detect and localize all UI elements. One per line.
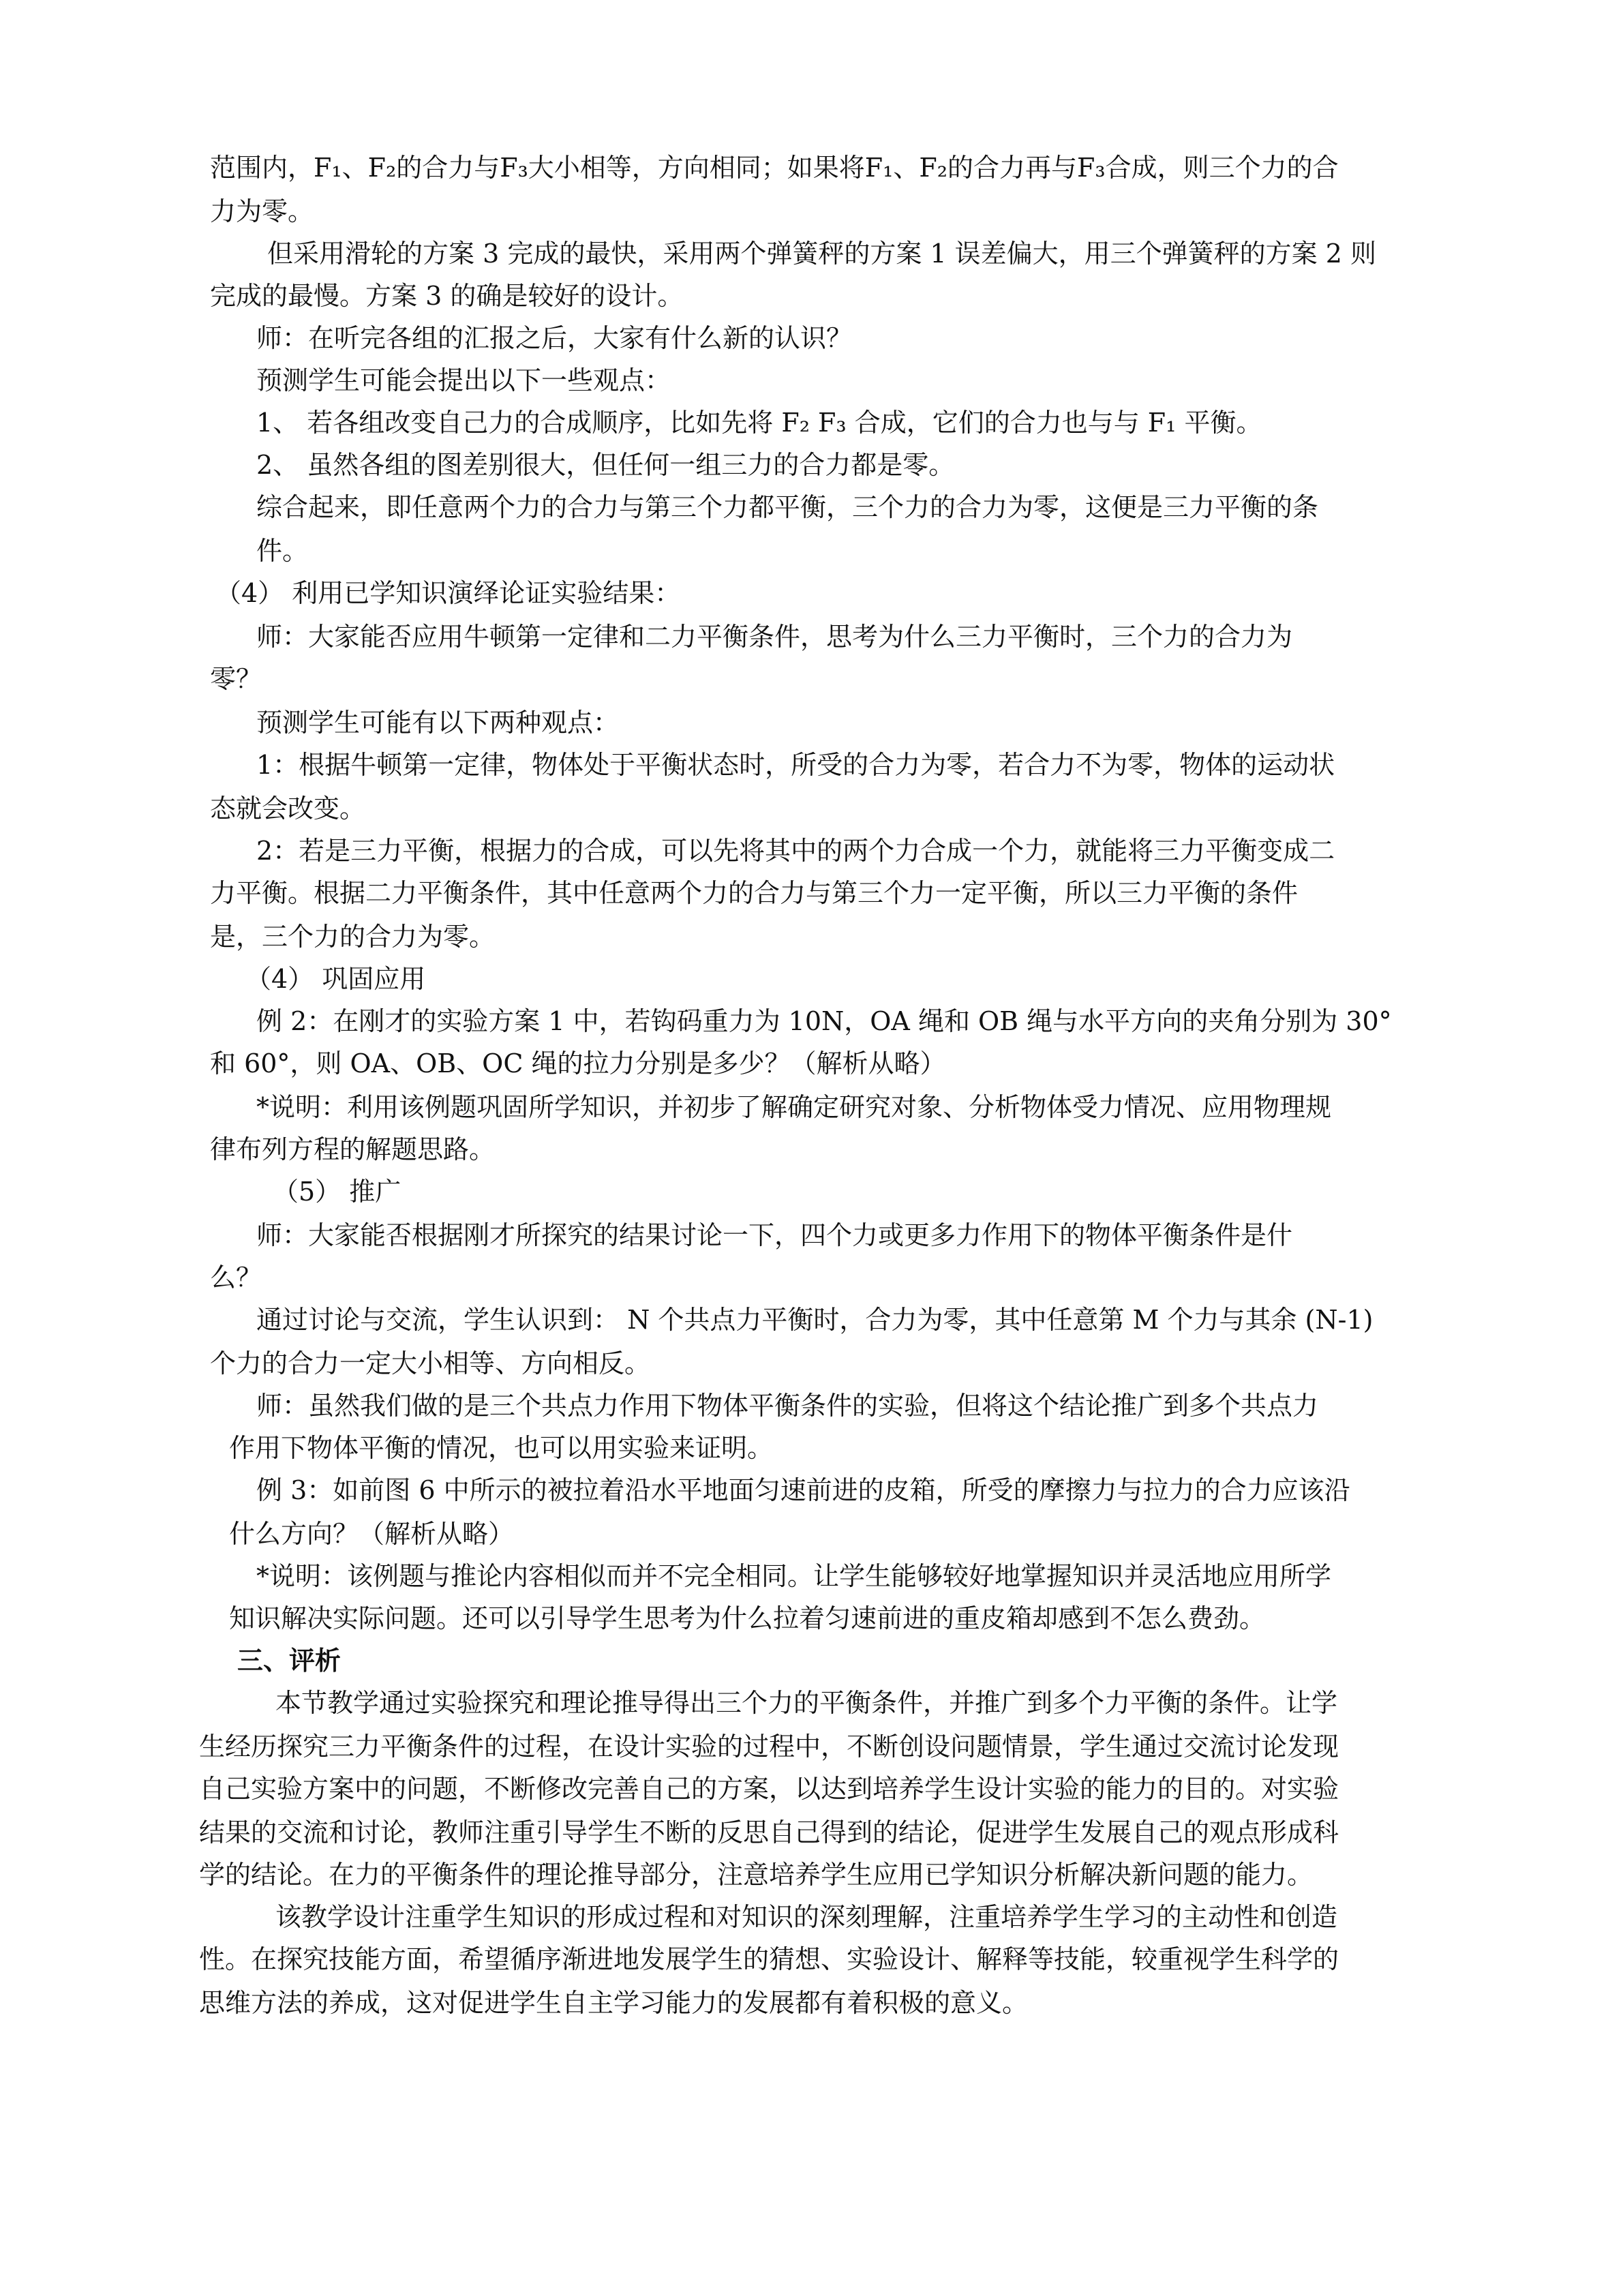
text-line: 知识解决实际问题。还可以引导学生思考为什么拉着匀速前进的重皮箱却感到不怎么费劲。 (229, 1602, 1265, 1635)
text-line: 个力的合力一定大小相等、方向相反。 (210, 1347, 650, 1380)
text-line: 师：在听完各组的汇报之后，大家有什么新的认识？ (256, 322, 852, 354)
text-line: 完成的最慢。方案 3 的确是较好的设计。 (210, 280, 683, 312)
text-line: 自己实验方案中的问题，不断修改完善自己的方案，以达到培养学生设计实验的能力的目的… (199, 1772, 1339, 1805)
text-line: 2：若是三力平衡，根据力的合成，可以先将其中的两个力合成一个力，就能将三力平衡变… (256, 834, 1335, 867)
text-line: 思维方法的养成，这对促进学生自主学习能力的发展都有着积极的意义。 (199, 1987, 1028, 2019)
text-line: 作用下物体平衡的情况，也可以用实验来证明。 (229, 1432, 773, 1464)
text-line: 零？ (210, 663, 262, 695)
text-line: 结果的交流和讨论，教师注重引导学生不断的反思自己得到的结论，促进学生发展自己的观… (199, 1816, 1339, 1849)
text-line: 么？ (210, 1261, 262, 1294)
text-line: 综合起来，即任意两个力的合力与第三个力都平衡，三个力的合力为零，这便是三力平衡的… (256, 491, 1318, 524)
text-line: 预测学生可能会提出以下一些观点： (256, 364, 671, 397)
text-line: 1：根据牛顿第一定律，物体处于平衡状态时，所受的合力为零，若合力不为零，物体的运… (256, 749, 1335, 781)
text-line: 生经历探究三力平衡条件的过程，在设计实验的过程中，不断创设问题情景，学生通过交流… (199, 1730, 1339, 1763)
text-line: 态就会改变。 (210, 792, 365, 825)
text-line: 律布列方程的解题思路。 (210, 1133, 495, 1166)
text-line: 1、 若各组改变自己力的合成顺序，比如先将 F₂ F₃ 合成，它们的合力也与与 … (256, 406, 1262, 439)
text-line: 2、 虽然各组的图差别很大，但任何一组三力的合力都是零。 (256, 449, 954, 481)
text-line: 师：大家能否根据刚才所探究的结果讨论一下，四个力或更多力作用下的物体平衡条件是什 (256, 1219, 1292, 1252)
text-line: （4） 巩固应用 (245, 963, 425, 995)
section-heading: 三、评析 (237, 1644, 341, 1677)
text-line: 例 2：在刚才的实验方案 1 中，若钩码重力为 10N，OA 绳和 OB 绳与水… (256, 1005, 1392, 1038)
text-line: 本节教学通过实验探究和理论推导得出三个力的平衡条件，并推广到多个力平衡的条件。让… (275, 1687, 1337, 1719)
text-line: 性。在探究技能方面，希望循序渐进地发展学生的猜想、实验设计、解释等技能，较重视学… (199, 1943, 1339, 1976)
text-line: 预测学生可能有以下两种观点： (256, 706, 619, 739)
text-line: 力为零。 (210, 195, 314, 228)
document-page: 范围内，F₁、F₂的合力与F₃大小相等，方向相同；如果将F₁、F₂的合力再与F₃… (0, 0, 1623, 2296)
text-line: 是，三个力的合力为零。 (210, 920, 495, 953)
text-line: （4） 利用已学知识演绎论证实验结果： (215, 577, 680, 609)
text-line: 但采用滑轮的方案 3 完成的最快，采用两个弹簧秤的方案 1 误差偏大，用三个弹簧… (267, 237, 1376, 270)
text-line: 力平衡。根据二力平衡条件，其中任意两个力的合力与第三个力一定平衡，所以三力平衡的… (210, 877, 1298, 909)
text-line: 什么方向？（解析从略） (229, 1517, 514, 1550)
text-line: *说明：该例题与推论内容相似而并不完全相同。让学生能够较好地掌握知识并灵活地应用… (256, 1560, 1331, 1592)
text-line: *说明：利用该例题巩固所学知识，并初步了解确定研究对象、分析物体受力情况、应用物… (256, 1091, 1331, 1123)
text-line: 该教学设计注重学生知识的形成过程和对知识的深刻理解，注重培养学生学习的主动性和创… (275, 1901, 1337, 1933)
text-line: 件。 (256, 534, 308, 567)
text-line: （5） 推广 (273, 1175, 401, 1208)
text-line: 范围内，F₁、F₂的合力与F₃大小相等，方向相同；如果将F₁、F₂的合力再与F₃… (210, 151, 1339, 184)
text-line: 例 3：如前图 6 中所示的被拉着沿水平地面匀速前进的皮箱，所受的摩擦力与拉力的… (256, 1474, 1350, 1507)
text-line: 师：虽然我们做的是三个共点力作用下物体平衡条件的实验，但将这个结论推广到多个共点… (256, 1389, 1318, 1422)
text-line: 师：大家能否应用牛顿第一定律和二力平衡条件，思考为什么三力平衡时，三个力的合力为 (256, 620, 1292, 653)
text-line: 通过讨论与交流，学生认识到： N 个共点力平衡时，合力为零，其中任意第 M 个力… (256, 1303, 1373, 1336)
text-line: 学的结论。在力的平衡条件的理论推导部分，注意培养学生应用已学知识分析解决新问题的… (199, 1858, 1313, 1891)
text-line: 和 60°，则 OA、OB、OC 绳的拉力分别是多少？（解析从略） (210, 1047, 946, 1080)
